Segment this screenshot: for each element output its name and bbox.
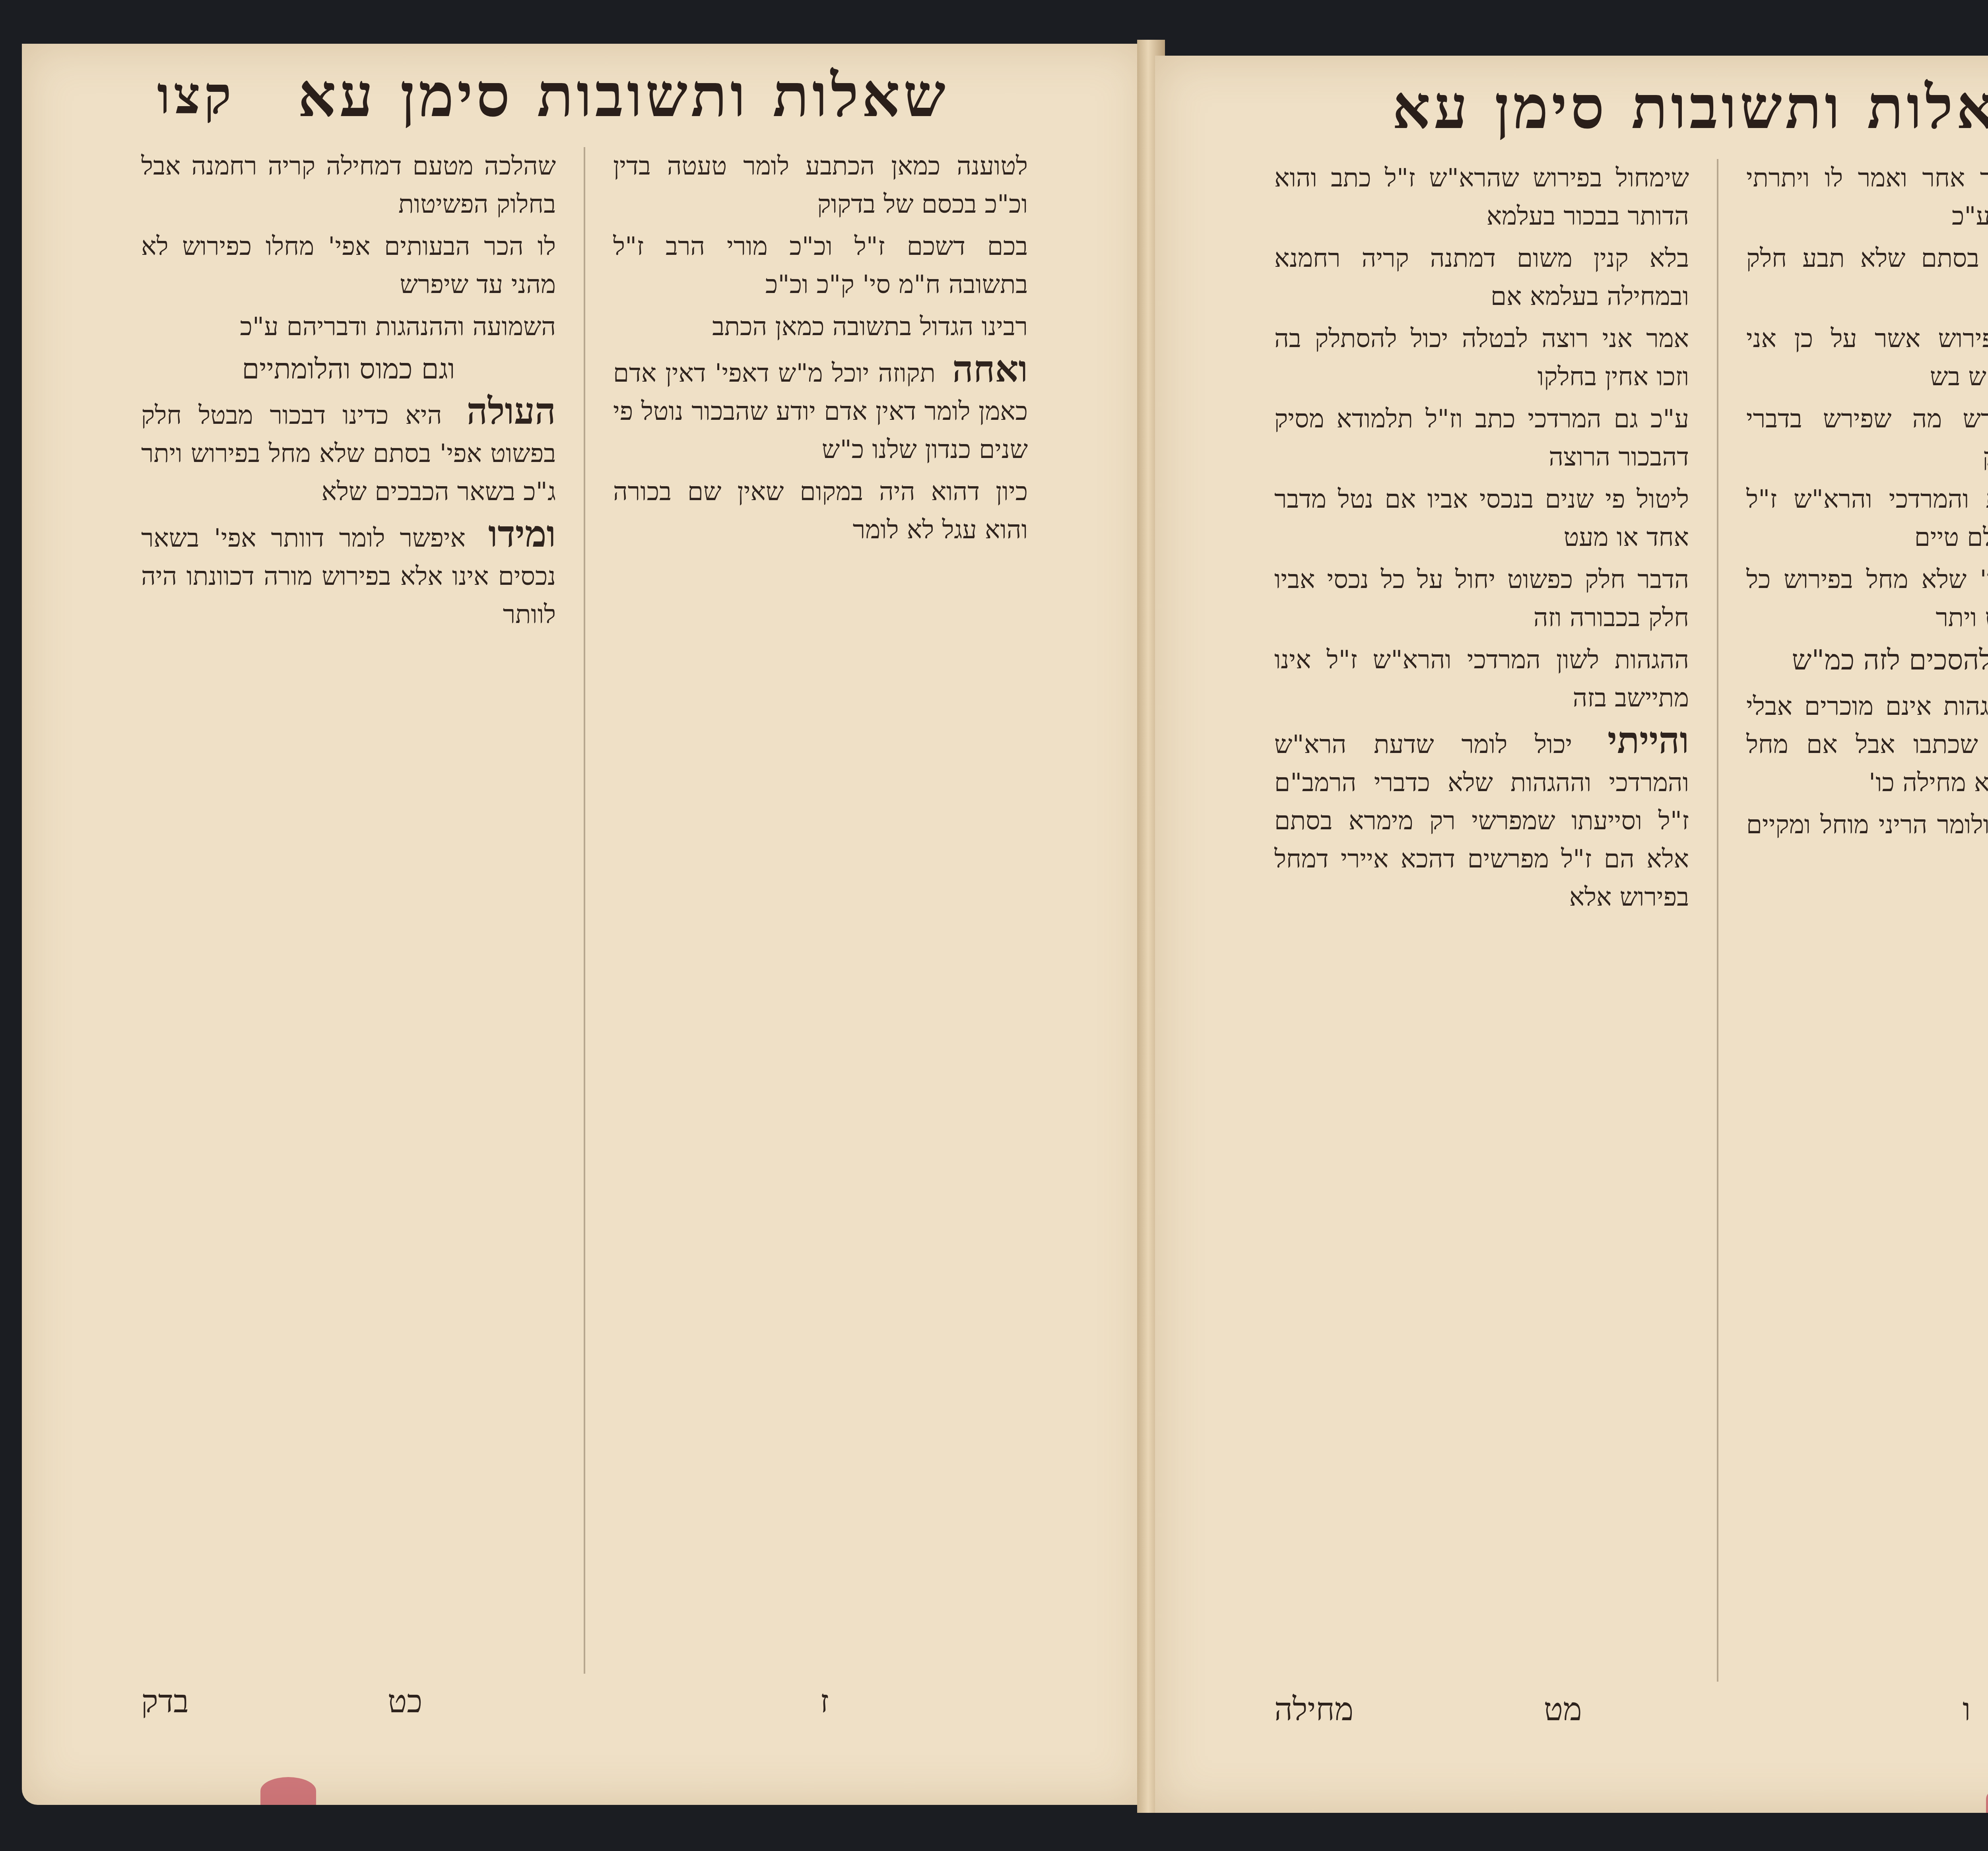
section-paragraph: ואחה תקוזה יוכל מ"ש דאפי' דאין אדם כאמן … — [613, 350, 1028, 469]
right-page-left-column: דאתא לקנות דבר אחר ואמר לו ויתרתי בכל הנ… — [1746, 159, 1988, 1682]
red-edge-mark — [260, 1777, 316, 1805]
signature: מט — [1544, 1691, 1582, 1728]
paragraph-text: דברי ההגהות אינם מוכרים אבלי מטעמא אחריו… — [1746, 692, 1988, 797]
right-running-head: שאלות ותשובות סימן עא — [1155, 68, 1988, 147]
section-paragraph: ומידו איפשר לומר דוותר אפי' בשאר נכסים א… — [141, 515, 556, 634]
left-page-title: שאלות ותשובות סימן עא — [235, 60, 1012, 130]
text-line: שהלכה מטעם דמחילה קריה רחמנה אבל בחלוק ה… — [141, 147, 556, 223]
section-paragraph: והייתי יכול לומר שדעת הרא"ש והמרדכי וההג… — [1274, 721, 1689, 916]
signature-mark: ו — [1963, 1691, 1971, 1728]
red-edge-mark — [1986, 1785, 1988, 1813]
text-line: השמועה וההנהגות ודבריהם ע"כ — [141, 308, 556, 346]
text-line: בכם דשכם ז"ל וכ"כ מורי הרב ז"ל בתשובה ח"… — [613, 227, 1028, 304]
section-paragraph: ומידו דברי ההגהות אינם מוכרים אבלי מטעמא… — [1746, 683, 1988, 802]
text-line: בלא קנין משום דמתנה קריה רחמנא ובמחילה ב… — [1274, 239, 1689, 316]
column-divider — [1717, 159, 1718, 1682]
left-running-head: שאלות ותשובות סימן עא קצו — [22, 56, 1147, 135]
text-line: לטוענה כמאן הכתבע לומר טעטה בדין וכ"כ בכ… — [613, 147, 1028, 223]
text-line: רבינו הגדול בתשובה כמאן הכתב — [613, 308, 1028, 346]
catchword: בדק — [141, 1683, 189, 1720]
closing-line: כיון דהוא היה במקום שאין שם בכורה והוא ע… — [613, 473, 1028, 549]
lead-word: והייתי — [1607, 719, 1689, 762]
right-page-footer: ו מט מחילה — [1274, 1686, 1988, 1733]
left-page-right-column: שהלכה מטעם דמחילה קריה רחמנה אבל בחלוק ה… — [141, 147, 556, 1674]
closing-line: אם מחל בפירוש ולומר הריני מוחל ומקיים נח… — [1746, 806, 1988, 882]
section-paragraph: העולה היא כדינו דבכור מבטל חלק בפשוט אפי… — [141, 392, 556, 511]
right-page-columns: שימחול בפירוש שהרא"ש ז"ל כתב והוא הדותר … — [1274, 159, 1988, 1682]
catchword: מחילה — [1274, 1691, 1353, 1728]
right-page-right-column: שימחול בפירוש שהרא"ש ז"ל כתב והוא הדותר … — [1274, 159, 1689, 1682]
text-line: ומשמע שמחילה בסתם שלא תבע חלק בכורתו מחל… — [1746, 239, 1988, 316]
lead-word: העולה — [467, 390, 556, 433]
lead-word: ואחה — [952, 347, 1028, 390]
text-line: ההגהות לשון המרדכי והרא"ש ז"ל אינו מתייש… — [1274, 641, 1689, 717]
text-line: ליטול פי שנים בנכסי אביו אם נטל מדבר אחד… — [1274, 480, 1689, 557]
lead-word: ומידו — [488, 512, 556, 555]
left-page-folio: קצו — [157, 65, 235, 126]
text-line: צריך שימחול בפירוש אשר על כן אני אומר דה… — [1746, 320, 1988, 396]
right-page-title: שאלות ותשובות סימן עא — [1290, 72, 1988, 142]
text-line: שימחול בפירוש שהרא"ש ז"ל כתב והוא הדותר … — [1274, 159, 1689, 235]
text-line: לו הכר הבעותים אפי' מחלו כפירוש לא מהני … — [141, 227, 556, 304]
right-page: שאלות ותשובות סימן עא שימחול בפירוש שהרא… — [1155, 56, 1988, 1813]
section-note: ז"ל איפשר להסכים לזה כמ"ש — [1746, 641, 1988, 679]
signature-mark: ז — [820, 1683, 829, 1720]
text-line: אמר אני רוצה לבטלה יכול להסתלק בה וזכו א… — [1274, 320, 1689, 396]
text-line: דאפי' בסתם אפי' שלא מחל בפירוש כל שנטל ח… — [1746, 561, 1988, 637]
left-page: שאלות ותשובות סימן עא קצו שהלכה מטעם דמח… — [22, 44, 1147, 1805]
text-line: ע"כ גם המרדכי כתב וז"ל תלמודא מסיק דהבכו… — [1274, 400, 1689, 476]
left-page-left-column: לטוענה כמאן הכתבע לומר טעטה בדין וכ"כ בכ… — [613, 147, 1028, 1674]
section-heading: וגם כמוס והלומתיים — [141, 350, 556, 388]
left-page-columns: שהלכה מטעם דמחילה קריה רחמנה אבל בחלוק ה… — [141, 147, 1028, 1674]
text-line: משפט צדק לפרש מה שפירש בדברי ההגהות דאין… — [1746, 400, 1988, 476]
column-divider — [584, 147, 585, 1674]
text-line: בין דעת ההגהות והמרדכי והרא"ש ז"ל להרמב"… — [1746, 480, 1988, 557]
text-line: הדבר חלק כפשוט יחול על כל נכסי אביו חלק … — [1274, 561, 1689, 637]
left-page-footer: ז כט בדק — [141, 1678, 1028, 1725]
signature: כט — [388, 1683, 422, 1720]
text-line: דאתא לקנות דבר אחר ואמר לו ויתרתי בכל הנ… — [1746, 159, 1988, 235]
